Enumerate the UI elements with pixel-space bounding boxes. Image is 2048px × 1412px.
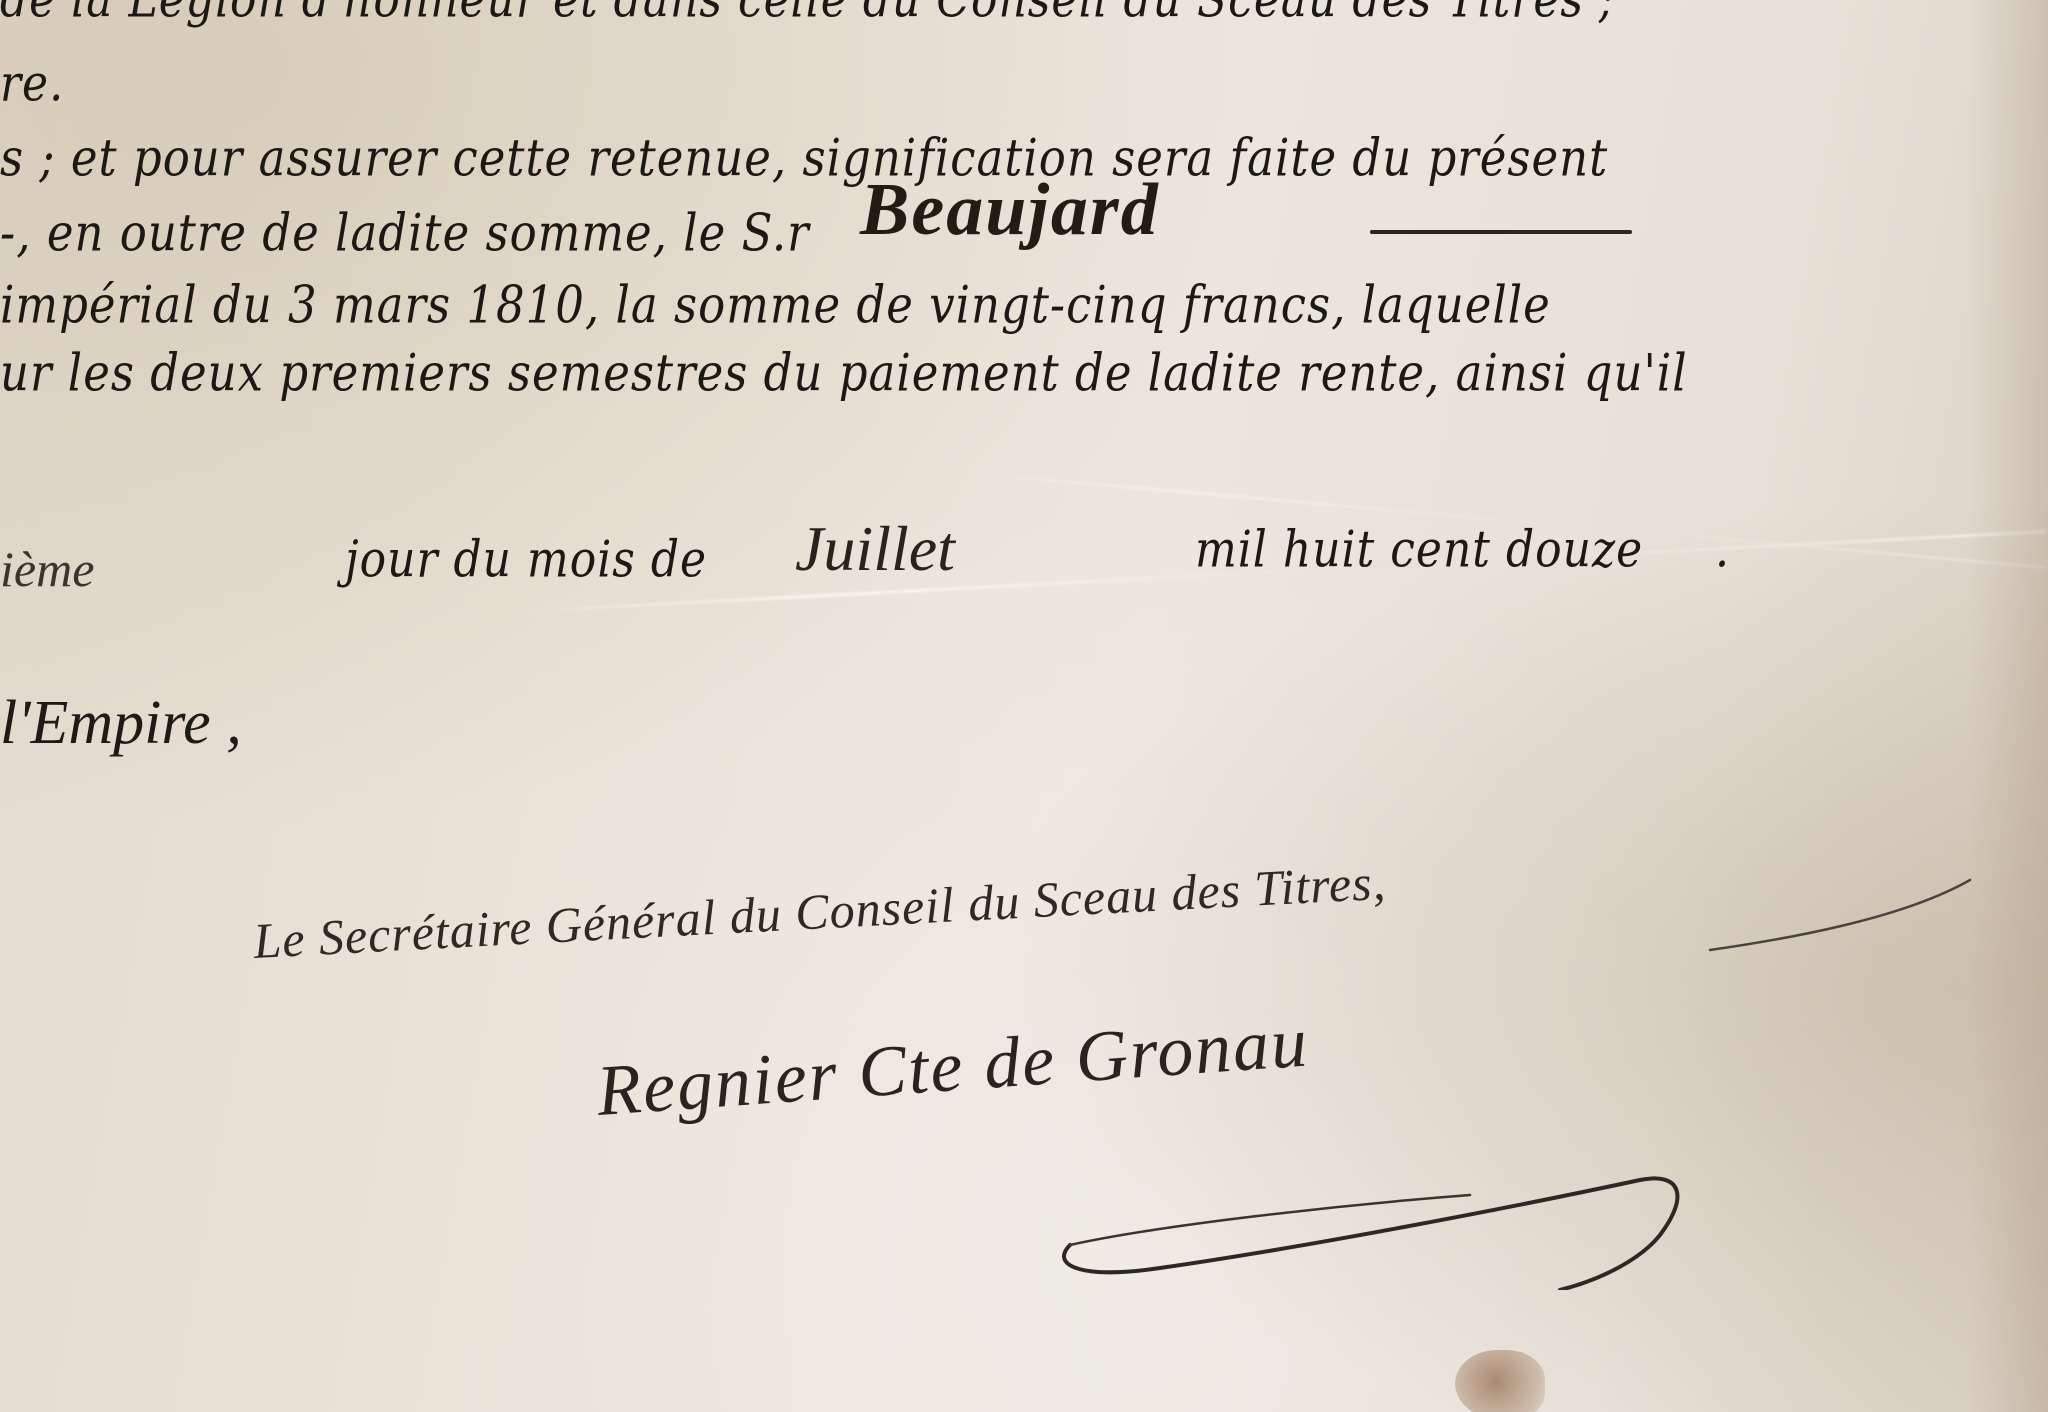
signature-flourish-icon	[1040, 1140, 1700, 1290]
title-flourish-icon	[1700, 870, 1980, 960]
printed-line-2: re.	[0, 54, 64, 113]
printed-line-5: impérial du 3 mars 1810, la somme de vin…	[0, 274, 1551, 335]
printed-line-4: -, en outre de ladite somme, le S.r	[0, 202, 810, 263]
signature: Regnier Cte de Gronau	[594, 1000, 1311, 1133]
date-month-handwritten: Juillet	[795, 512, 955, 586]
date-day-handwritten: ième	[0, 540, 94, 598]
empire-line: l'Empire ,	[0, 688, 242, 759]
name-blank-line	[1370, 230, 1632, 234]
date-terminal-period: .	[1715, 520, 1730, 579]
printed-line-3: s ; et pour assurer cette retenue, signi…	[0, 127, 1608, 188]
edge-shadow	[1968, 0, 2048, 1412]
printed-line-1: de la Légion d'honneur et dans celle du …	[0, 0, 1615, 29]
date-year-printed: mil huit cent douze	[1195, 520, 1643, 579]
printed-line-6: ur les deux premiers semestres du paieme…	[0, 342, 1688, 403]
recipient-name: Beaujard	[860, 168, 1160, 253]
date-printed-middle: jour du mois de	[345, 530, 707, 589]
ink-stain	[1455, 1350, 1545, 1412]
signatory-title: Le Secrétaire Général du Conseil du Scea…	[252, 853, 1387, 970]
